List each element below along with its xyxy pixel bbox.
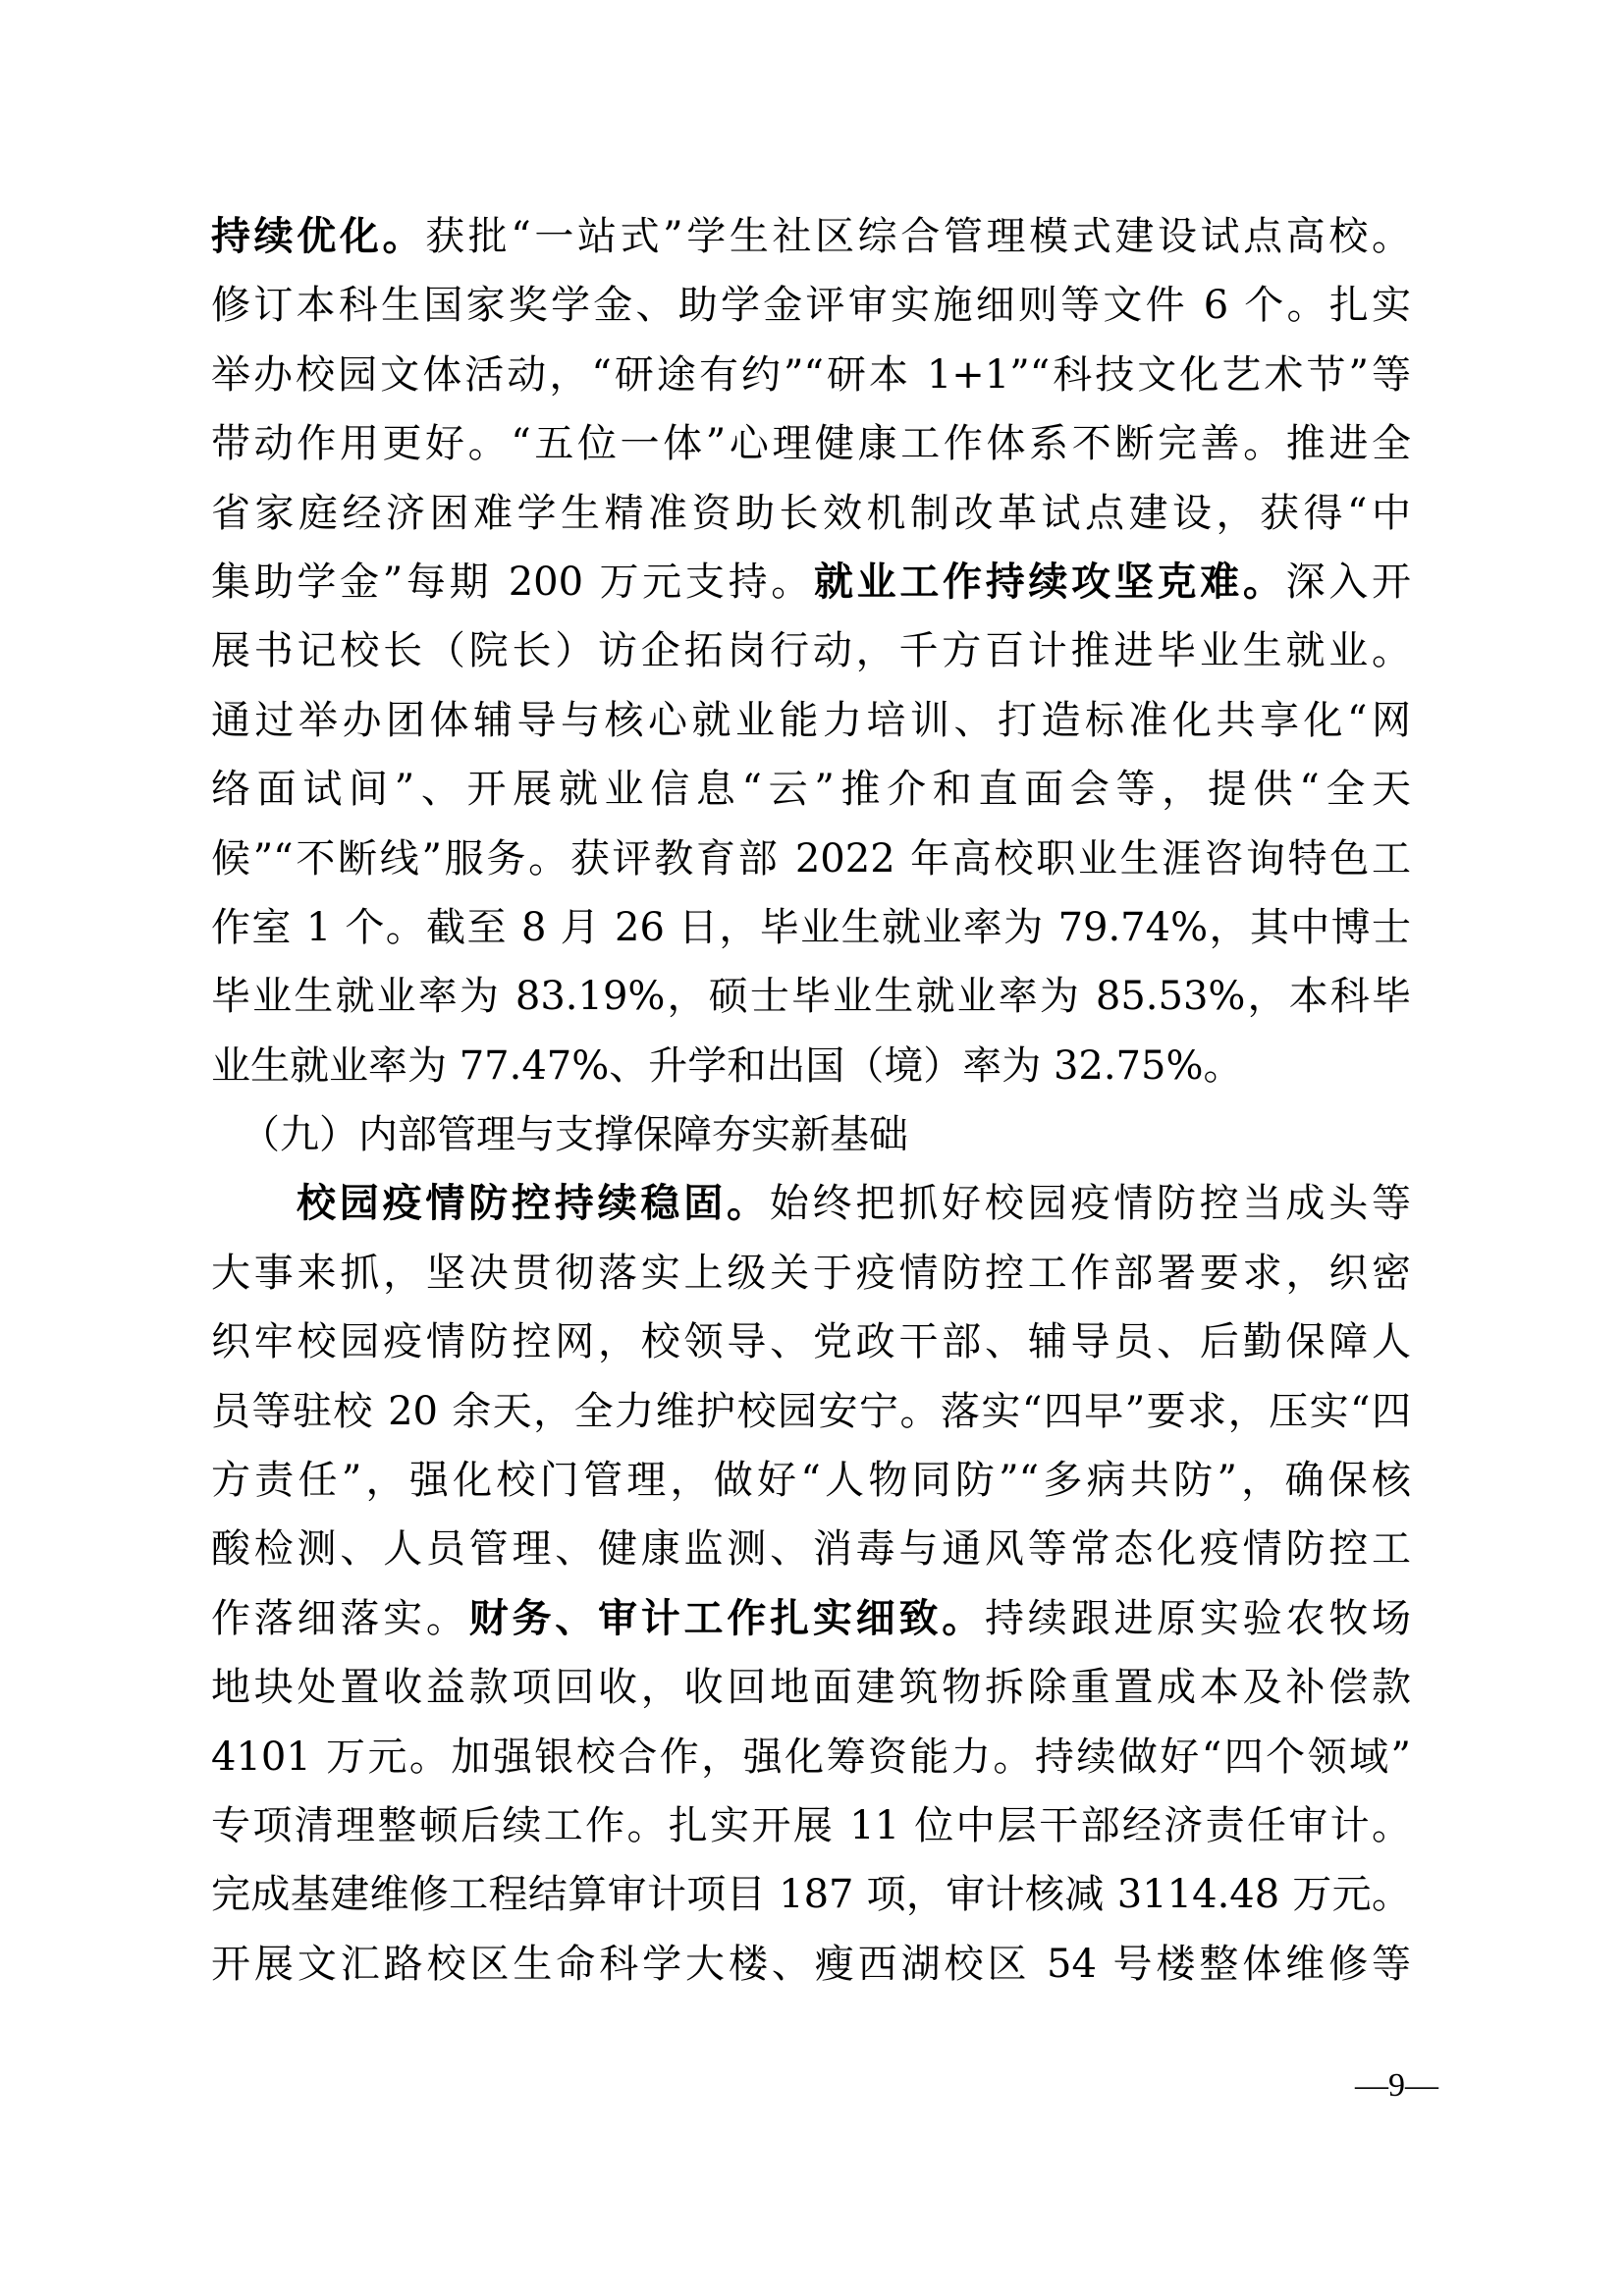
text-line: 地块处置收益款项回收，收回地面建筑物拆除重置成本及补偿款: [211, 1653, 1411, 1722]
text-line: 作室 1 个。截至 8 月 26 日，毕业生就业率为 79.74%，其中博士: [211, 893, 1411, 962]
text-line: 业生就业率为 77.47%、升学和出国（境）率为 32.75%。: [211, 1032, 1411, 1100]
text-segment: 集助学金”每期 200 万元支持。: [211, 560, 814, 605]
text-line: 校园疫情防控持续稳固。始终把抓好校园疫情防控当成头等: [211, 1169, 1411, 1238]
text-segment: 候”“不断线”服务。获评教育部 2022 年高校职业生涯咨询特色工: [211, 836, 1411, 881]
text-line: 方责任”，强化校门管理，做好“人物同防”“多病共防”，确保核: [211, 1446, 1411, 1515]
text-line: 络面试间”、开展就业信息“云”推介和直面会等，提供“全天: [211, 755, 1411, 824]
text-line: 开展文汇路校区生命科学大楼、瘦西湖校区 54 号楼整体维修等: [211, 1930, 1411, 1999]
text-segment: 酸检测、人员管理、健康监测、消毒与通风等常态化疫情防控工: [211, 1526, 1411, 1572]
text-line: 通过举办团体辅导与核心就业能力培训、打造标准化共享化“网: [211, 686, 1411, 755]
bold-lead-phrase: 财务、审计工作扎实细致。: [469, 1596, 985, 1641]
text-segment: 织牢校园疫情防控网，校领导、党政干部、辅导员、后勤保障人: [211, 1319, 1411, 1364]
text-segment: （九）内部管理与支撑保障夯实新基础: [241, 1112, 908, 1157]
text-segment: 4101 万元。加强银校合作，强化筹资能力。持续做好“四个领域”: [211, 1735, 1411, 1780]
text-line: 完成基建维修工程结算审计项目 187 项，审计核减 3114.48 万元。: [211, 1860, 1411, 1929]
text-segment: 络面试间”、开展就业信息“云”推介和直面会等，提供“全天: [211, 767, 1411, 812]
text-segment: 持续跟进原实验农牧场: [985, 1596, 1411, 1641]
text-line: 织牢校园疫情防控网，校领导、党政干部、辅导员、后勤保障人: [211, 1308, 1411, 1376]
text-segment: 毕业生就业率为 83.19%，硕士毕业生就业率为 85.53%，本科毕: [211, 974, 1411, 1019]
text-segment: 作室 1 个。截至 8 月 26 日，毕业生就业率为 79.74%，其中博士: [211, 905, 1411, 950]
text-line: 作落细落实。财务、审计工作扎实细致。持续跟进原实验农牧场: [211, 1584, 1411, 1653]
text-line: 修订本科生国家奖学金、助学金评审实施细则等文件 6 个。扎实: [211, 271, 1411, 340]
text-line: 展书记校长（院长）访企拓岗行动，千方百计推进毕业生就业。: [211, 616, 1411, 685]
text-segment: 深入开: [1286, 560, 1411, 605]
text-segment: 完成基建维修工程结算审计项目 187 项，审计核减 3114.48 万元。: [211, 1872, 1411, 1917]
text-segment: 大事来抓，坚决贯彻落实上级关于疫情防控工作部署要求，织密: [211, 1251, 1411, 1296]
bold-lead-phrase: 就业工作持续攻坚克难。: [814, 560, 1286, 605]
text-line: 4101 万元。加强银校合作，强化筹资能力。持续做好“四个领域”: [211, 1723, 1411, 1791]
text-segment: 获批“一站式”学生社区综合管理模式建设试点高校。: [425, 214, 1411, 259]
text-segment: 开展文汇路校区生命科学大楼、瘦西湖校区 54 号楼整体维修等: [211, 1942, 1411, 1987]
text-segment: 业生就业率为 77.47%、升学和出国（境）率为 32.75%。: [211, 1043, 1242, 1089]
document-page: 持续优化。获批“一站式”学生社区综合管理模式建设试点高校。修订本科生国家奖学金、…: [0, 0, 1624, 2296]
text-line: 举办校园文体活动，“研途有约”“研本 1+1”“科技文化艺术节”等: [211, 341, 1411, 409]
text-line: 省家庭经济困难学生精准资助长效机制改革试点建设，获得“中: [211, 479, 1411, 548]
text-line: 候”“不断线”服务。获评教育部 2022 年高校职业生涯咨询特色工: [211, 825, 1411, 893]
text-segment: 地块处置收益款项回收，收回地面建筑物拆除重置成本及补偿款: [211, 1665, 1411, 1710]
text-segment: 专项清理整顿后续工作。扎实开展 11 位中层干部经济责任审计。: [211, 1803, 1411, 1848]
text-line: 集助学金”每期 200 万元支持。就业工作持续攻坚克难。深入开: [211, 548, 1411, 616]
text-segment: 作落细落实。: [211, 1596, 469, 1641]
text-segment: 省家庭经济困难学生精准资助长效机制改革试点建设，获得“中: [211, 491, 1411, 536]
bold-lead-phrase: 持续优化。: [211, 214, 425, 259]
text-line: 员等驻校 20 余天，全力维护校园安宁。落实“四早”要求，压实“四: [211, 1377, 1411, 1446]
text-segment: 员等驻校 20 余天，全力维护校园安宁。落实“四早”要求，压实“四: [211, 1389, 1411, 1434]
text-segment: 始终把抓好校园疫情防控当成头等: [770, 1181, 1411, 1226]
text-segment: 修订本科生国家奖学金、助学金评审实施细则等文件 6 个。扎实: [211, 283, 1411, 328]
bold-lead-phrase: 校园疫情防控持续稳固。: [297, 1181, 770, 1226]
text-segment: 带动作用更好。“五位一体”心理健康工作体系不断完善。推进全: [211, 421, 1411, 466]
body-text: 持续优化。获批“一站式”学生社区综合管理模式建设试点高校。修订本科生国家奖学金、…: [211, 202, 1411, 1999]
text-segment: 方责任”，强化校门管理，做好“人物同防”“多病共防”，确保核: [211, 1458, 1411, 1503]
text-segment: 展书记校长（院长）访企拓岗行动，千方百计推进毕业生就业。: [211, 628, 1411, 673]
text-line: 酸检测、人员管理、健康监测、消毒与通风等常态化疫情防控工: [211, 1515, 1411, 1583]
text-line: 持续优化。获批“一站式”学生社区综合管理模式建设试点高校。: [211, 202, 1411, 271]
text-line: 带动作用更好。“五位一体”心理健康工作体系不断完善。推进全: [211, 409, 1411, 478]
section-heading: （九）内部管理与支撑保障夯实新基础: [211, 1100, 1411, 1169]
text-line: 大事来抓，坚决贯彻落实上级关于疫情防控工作部署要求，织密: [211, 1239, 1411, 1308]
text-segment: 举办校园文体活动，“研途有约”“研本 1+1”“科技文化艺术节”等: [211, 352, 1411, 398]
page-number: —9—: [1355, 2061, 1438, 2110]
text-line: 毕业生就业率为 83.19%，硕士毕业生就业率为 85.53%，本科毕: [211, 962, 1411, 1031]
text-segment: 通过举办团体辅导与核心就业能力培训、打造标准化共享化“网: [211, 698, 1411, 743]
text-line: 专项清理整顿后续工作。扎实开展 11 位中层干部经济责任审计。: [211, 1791, 1411, 1860]
